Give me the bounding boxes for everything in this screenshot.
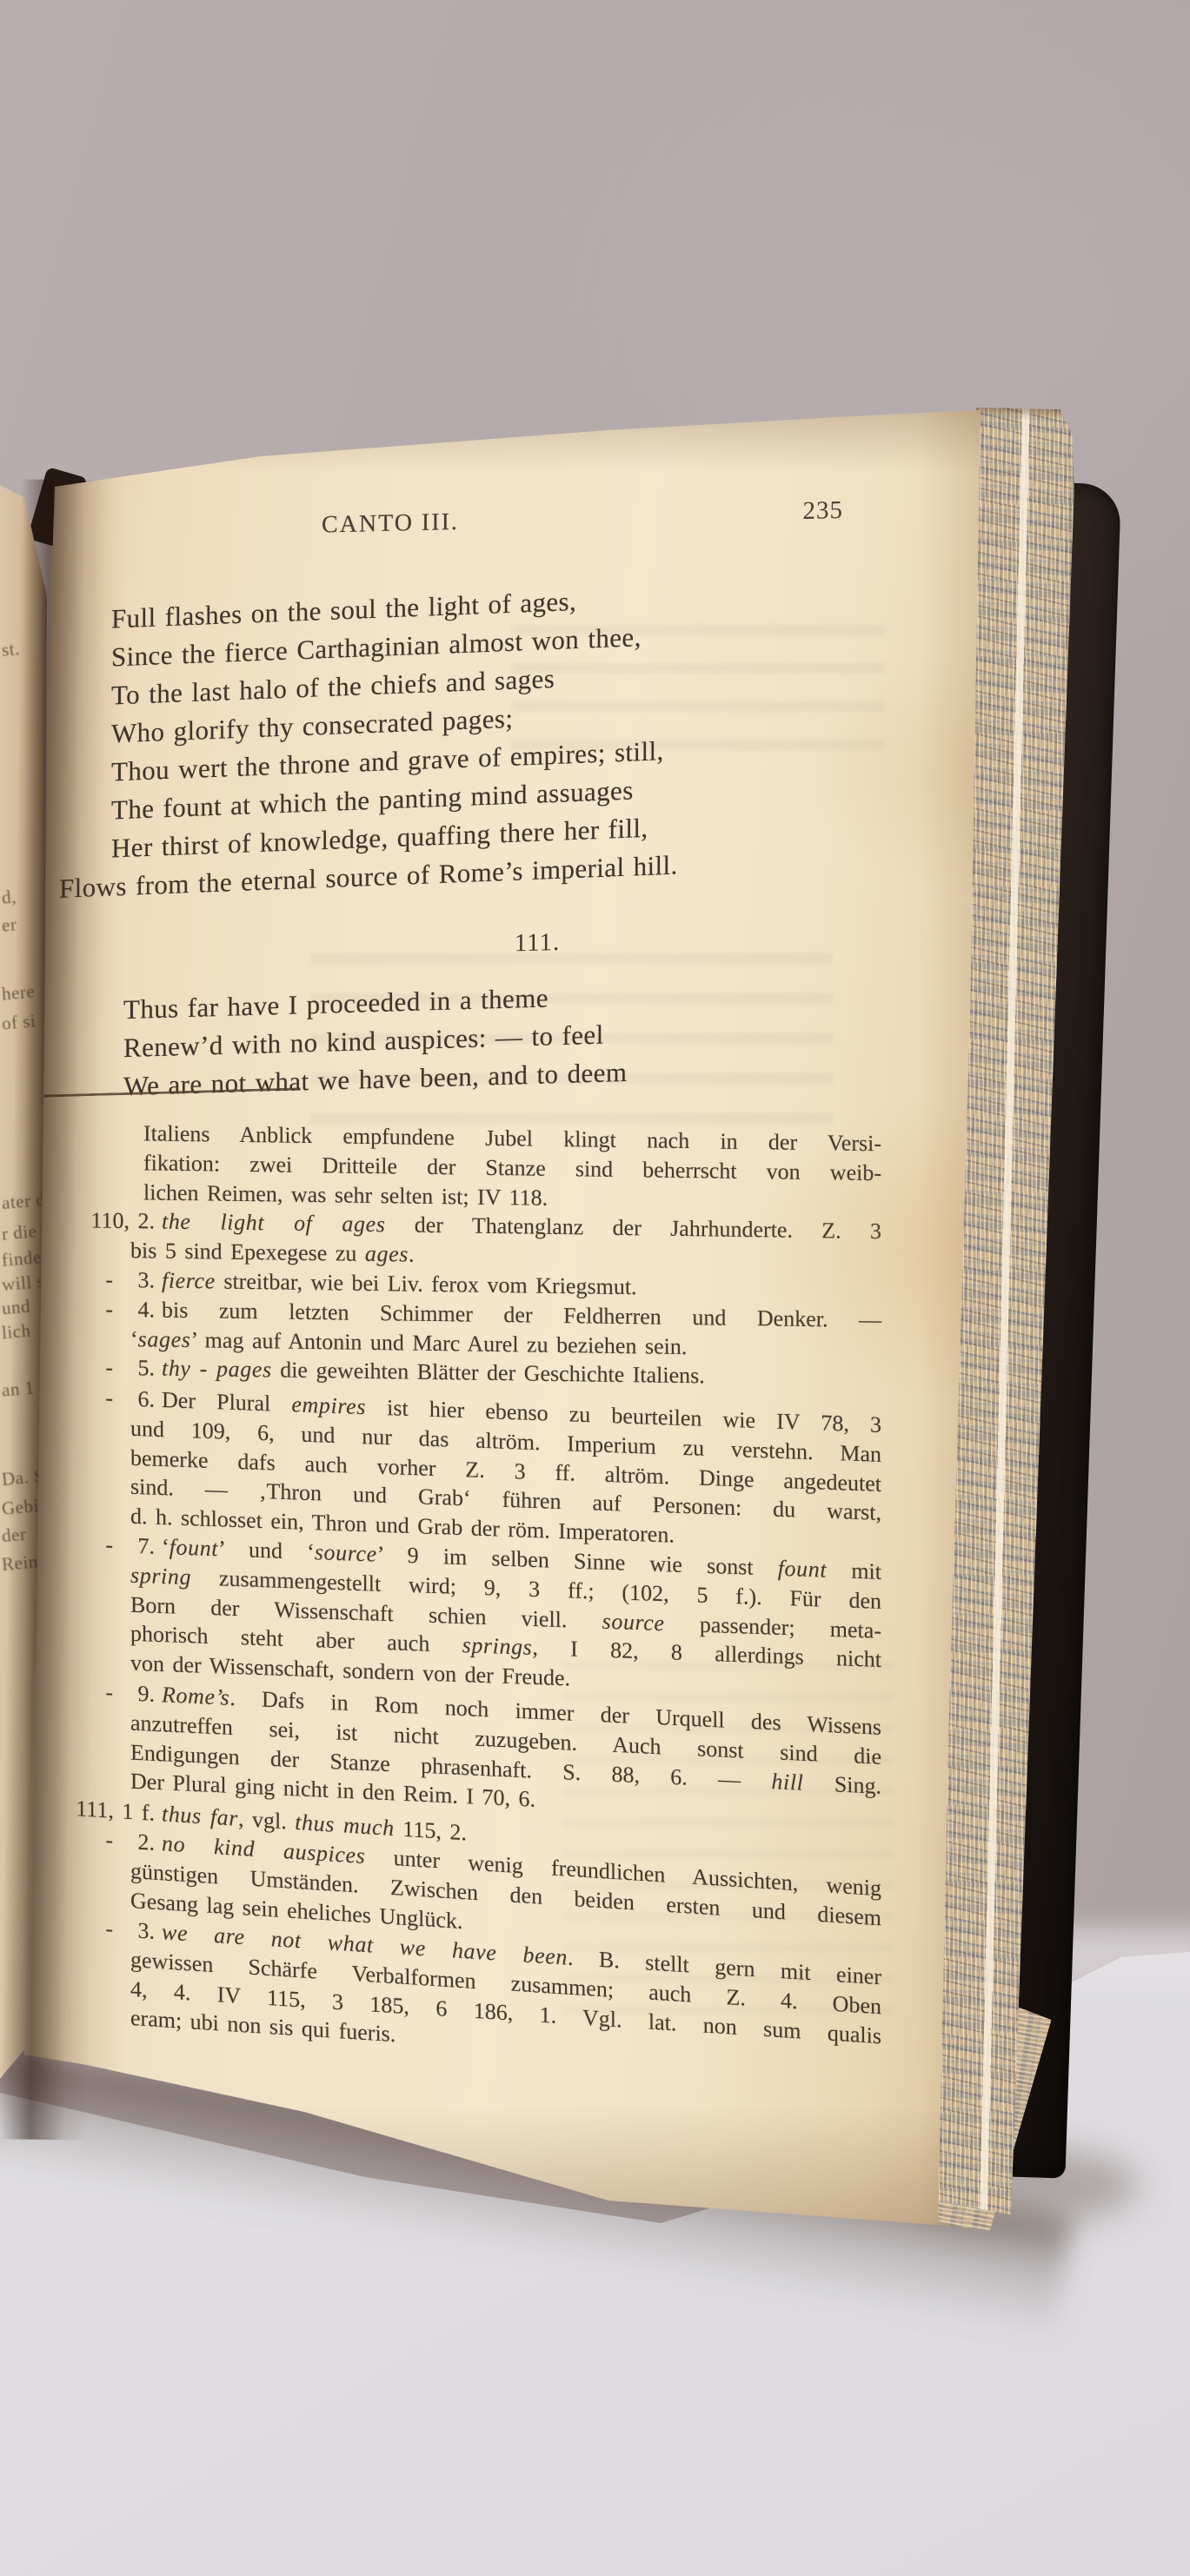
footnote-label: - 2. bbox=[61, 1822, 155, 1858]
footnote-label: - 9. bbox=[61, 1676, 155, 1710]
text-fragment: finde bbox=[1, 1246, 43, 1271]
text-fragment: here bbox=[1, 980, 36, 1005]
stanza-number-heading: 111. bbox=[61, 918, 930, 971]
text-fragment: st. bbox=[1, 638, 21, 661]
footnote-entry: - 7.‘fount’ und ‘source’ 9 im selben Sin… bbox=[61, 1529, 881, 1704]
text-fragment: ater d bbox=[1, 1189, 46, 1214]
footnote-label: 110, 2. bbox=[61, 1205, 155, 1236]
text-fragment: er bbox=[1, 913, 17, 936]
running-title: CANTO III. bbox=[322, 508, 459, 539]
page-content: CANTO III. 235 Full flashes on the soul … bbox=[61, 407, 930, 2232]
text-fragment: r die bbox=[1, 1220, 37, 1245]
text-fragment: lich bbox=[1, 1320, 32, 1344]
footnotes-block: Italiens Anblick empfundene Jubel klingt… bbox=[61, 1118, 881, 2040]
footnote-label: - 3. bbox=[61, 1265, 155, 1295]
footnote-label: - 5. bbox=[61, 1352, 155, 1383]
footnote-label: - 4. bbox=[61, 1294, 155, 1325]
footnote-label: - 7. bbox=[61, 1529, 155, 1562]
text-fragment: of si bbox=[1, 1010, 37, 1034]
footnote-label: - 6. bbox=[61, 1382, 155, 1415]
stanza-110: Full flashes on the soul the light of ag… bbox=[111, 578, 678, 906]
footnote-label: - 3. bbox=[61, 1911, 155, 1947]
stanza-111: Thus far have I proceeded in a themeRene… bbox=[123, 977, 627, 1105]
text-fragment: Gebi bbox=[1, 1495, 40, 1520]
page-number: 235 bbox=[803, 496, 844, 526]
photo-scene: st.d,erhereof siater dr diefindewill sun… bbox=[0, 0, 1190, 2576]
text-fragment: an 1 bbox=[1, 1377, 36, 1401]
text-fragment: will s bbox=[1, 1271, 45, 1296]
text-fragment: und bbox=[1, 1296, 31, 1320]
page-header: CANTO III. 235 bbox=[61, 498, 930, 546]
text-fragment: der bbox=[1, 1524, 27, 1547]
text-fragment: d, bbox=[1, 886, 17, 908]
book-page: CANTO III. 235 Full flashes on the soul … bbox=[24, 407, 991, 2235]
footnote-entry: Italiens Anblick empfundene Jubel klingt… bbox=[61, 1118, 881, 1218]
footnote-entry: - 6.Der Plural empires ist hier ebenso z… bbox=[61, 1382, 881, 1557]
